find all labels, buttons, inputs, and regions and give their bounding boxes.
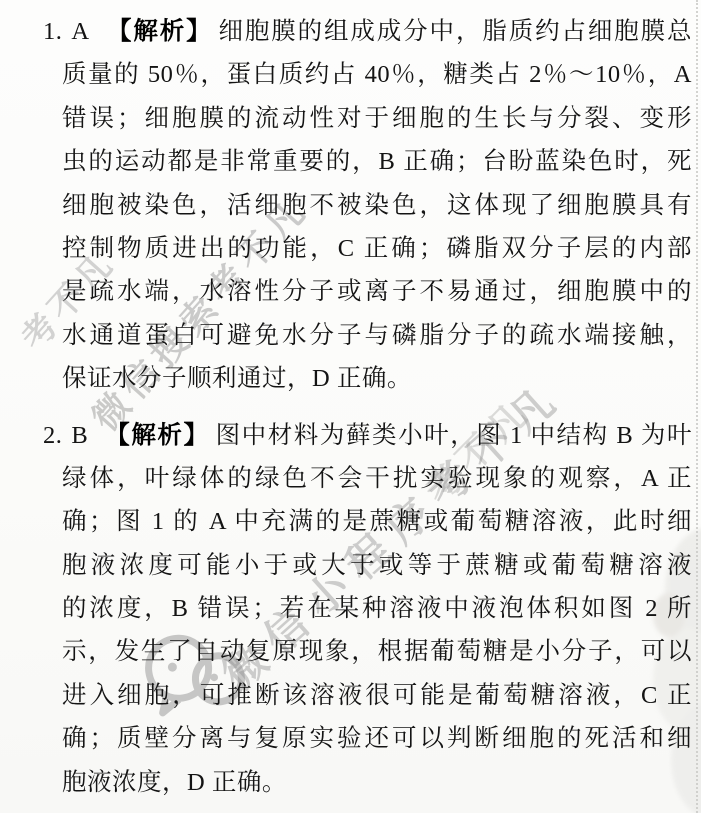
explanation-line: 示，发生了自动复原现象，根据葡萄糖是小分子，可以 (62, 630, 692, 673)
explanation-line: 错误；细胞膜的流动性对于细胞的生长与分裂、变形 (62, 97, 692, 140)
analysis-tag: 【解析】 (104, 422, 209, 449)
explanation-line: 胞液浓度可能小于或大于或等于蔗糖或葡萄糖溶液 (62, 544, 692, 587)
explanation-line: 的浓度，B 错误；若在某种溶液中液泡体积如图 2 所 (62, 587, 692, 630)
explanation-line: 确；质壁分离与复原实验还可以判断细胞的死活和细 (62, 717, 692, 760)
answer-letter: B (71, 422, 88, 449)
explanation-line: 质量的 50％，蛋白质约占 40％，糖类占 2％～10％，A (62, 53, 692, 96)
scanned-answer-page: 考不凡微信搜索考不凡微信小程序考不凡考不凡 1.A【解析】细胞膜的组成成分中，脂… (0, 0, 701, 813)
explanation-line: 虫的运动都是非常重要的，B 正确；台盼蓝染色时，死 (62, 140, 692, 183)
answer-explanations: 1.A【解析】细胞膜的组成成分中，脂质约占细胞膜总 质量的 50％，蛋白质约占 … (0, 10, 692, 804)
answer-item-2: 2.B【解析】图中材料为藓类小叶，图 1 中结构 B 为叶 绿体，叶绿体的绿色不… (43, 414, 692, 805)
explanation-line: 1.A【解析】细胞膜的组成成分中，脂质约占细胞膜总 (43, 10, 692, 53)
explanation-line: 进入细胞，可推断该溶液很可能是葡萄糖溶液，C 正 (62, 674, 692, 717)
explanation-line: 水通道蛋白可避免水分子与磷脂分子的疏水端接触， (62, 314, 692, 357)
explanation-line: 确；图 1 的 A 中充满的是蔗糖或葡萄糖溶液，此时细 (62, 500, 692, 543)
explanation-line: 保证水分子顺利通过，D 正确。 (62, 357, 692, 400)
explanation-line: 2.B【解析】图中材料为藓类小叶，图 1 中结构 B 为叶 (43, 414, 692, 457)
column-divider-dotted-line (696, 0, 698, 813)
explanation-line: 控制物质进出的功能，C 正确；磷脂双分子层的内部 (62, 227, 692, 270)
line-text: 细胞膜的组成成分中，脂质约占细胞膜总 (219, 18, 693, 45)
explanation-line: 胞液浓度，D 正确。 (62, 761, 692, 804)
line-text: 图中材料为藓类小叶，图 1 中结构 B 为叶 (216, 422, 692, 449)
answer-item-1: 1.A【解析】细胞膜的组成成分中，脂质约占细胞膜总 质量的 50％，蛋白质约占 … (43, 10, 692, 401)
question-number: 1. (43, 18, 62, 45)
explanation-line: 细胞被染色，活细胞不被染色，这体现了细胞膜具有 (62, 184, 692, 227)
analysis-tag: 【解析】 (106, 18, 213, 45)
explanation-line: 是疏水端，水溶性分子或离子不易通过，细胞膜中的 (62, 270, 692, 313)
question-number: 2. (43, 422, 62, 449)
explanation-line: 绿体，叶绿体的绿色不会干扰实验现象的观察，A 正 (62, 457, 692, 500)
answer-letter: A (71, 18, 89, 45)
